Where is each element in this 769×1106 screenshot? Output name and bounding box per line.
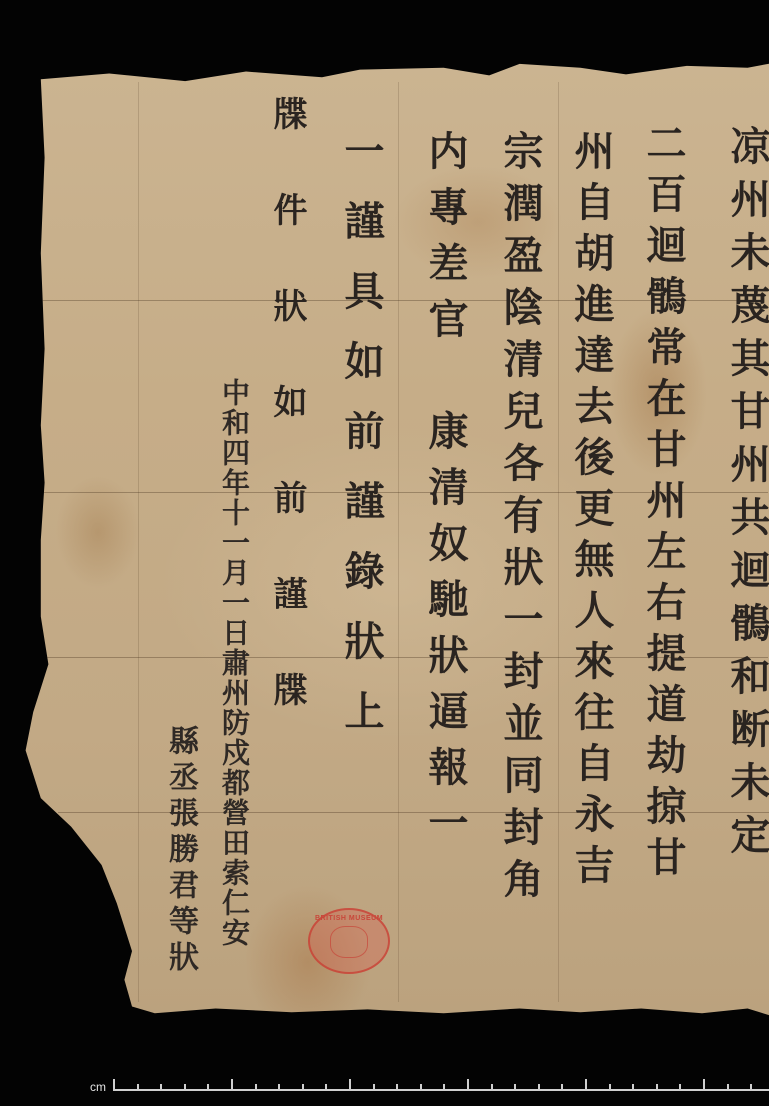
scale-tick [585,1079,587,1091]
manuscript-column-2: 二百迴鶻常在甘州左右提道劫掠甘 [638,122,688,887]
scale-tick [420,1084,422,1091]
scale-tick [727,1084,729,1091]
scale-tick [491,1084,493,1091]
paper-fold [138,82,139,1002]
scale-tick [467,1079,469,1091]
stamp-text: BRITISH MUSEUM [315,915,383,922]
museum-stamp: BRITISH MUSEUM [308,908,390,974]
scale-tick [514,1084,516,1091]
scale-tick [679,1084,681,1091]
manuscript-column-3: 州自胡進達去後更無人來往自永吉 [566,130,616,895]
paper-crease [38,300,738,301]
paper-fold [558,82,559,1002]
scale-unit-label: cm [90,1080,106,1094]
scale-tick [231,1079,233,1091]
scale-tick [703,1079,705,1091]
scale-tick [160,1084,162,1091]
manuscript-column-6: 一謹具如前謹錄狀上 [336,130,386,760]
scale-tick [184,1084,186,1091]
scale-bar [113,1080,769,1094]
scale-tick [255,1084,257,1091]
scale-tick [443,1084,445,1091]
scale-tick [561,1084,563,1091]
scale-tick [656,1084,658,1091]
scale-tick [538,1084,540,1091]
scale-tick [396,1084,398,1091]
scale-tick [278,1084,280,1091]
scale-tick [302,1084,304,1091]
scale-tick [632,1084,634,1091]
scale-tick [349,1079,351,1091]
scale-tick [373,1084,375,1091]
scale-tick [750,1084,752,1091]
scale-tick [207,1084,209,1091]
paper-fold [398,82,399,1002]
scale-tick [113,1079,115,1091]
scale-tick [609,1084,611,1091]
manuscript-column-5: 内專差官𨁂康清奴馳狀逼報一 [420,130,470,858]
scale-tick [325,1084,327,1091]
photo-stage: 凉州未蔑其甘州共迴鶻和断未定 二百迴鶻常在甘州左右提道劫掠甘 州自胡進達去後更無… [0,0,769,1106]
stamp-crest-icon [330,926,368,958]
signature-line: 縣丞張勝君等狀 [160,725,200,977]
manuscript-column-7: 牒件狀如前謹牒 [262,96,312,768]
manuscript-column-1: 凉州未蔑其甘州共迴鶻和断未定 [722,125,769,867]
date-line: 中和四年十一月一日肅州防戍都營田索仁安 [214,378,254,948]
scale-tick [137,1084,139,1091]
scale-line [113,1089,769,1091]
manuscript-column-4: 宗潤盈陰清兒各有狀一封並同封角 [495,130,545,910]
